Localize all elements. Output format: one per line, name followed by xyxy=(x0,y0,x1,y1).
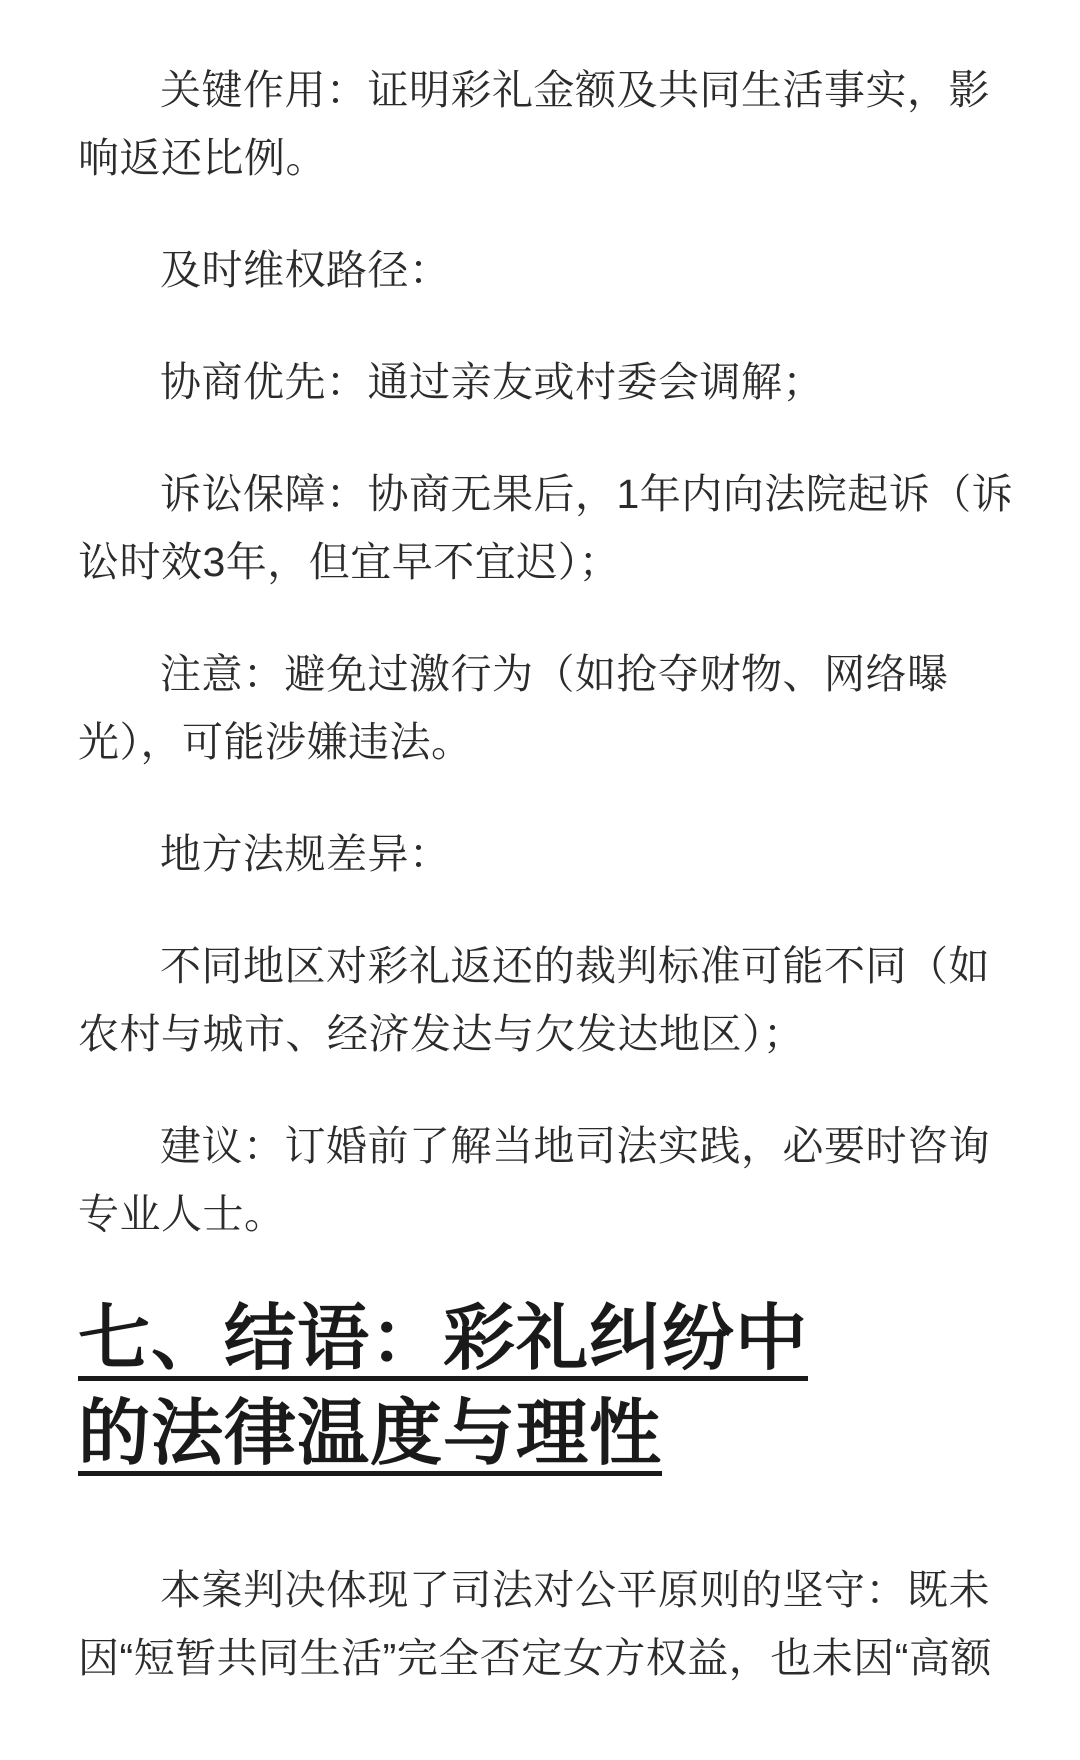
paragraph-line: 本案判决体现了司法对公平原则的坚守：既未 xyxy=(78,1556,1040,1624)
paragraph-line: 地方法规差异： xyxy=(78,820,1040,888)
paragraph-regional-difference: 不同地区对彩礼返还的裁判标准可能不同（如 农村与城市、经济发达与欠发达地区）； xyxy=(78,932,1040,1068)
paragraph-line: 专业人士。 xyxy=(78,1180,1040,1248)
section-heading-line: 的法律温度与理性 xyxy=(78,1387,1040,1482)
paragraph-line: 讼时效3年，但宜早不宜迟）； xyxy=(78,528,1040,596)
paragraph-key-role: 关键作用：证明彩礼金额及共同生活事实，影 响返还比例。 xyxy=(78,56,1040,192)
paragraph-negotiation: 协商优先：通过亲友或村委会调解； xyxy=(78,348,1040,416)
paragraph-line: 不同地区对彩礼返还的裁判标准可能不同（如 xyxy=(78,932,1040,1000)
paragraph-line: 建议：订婚前了解当地司法实践，必要时咨询 xyxy=(78,1112,1040,1180)
paragraph-caution: 注意：避免过激行为（如抢夺财物、网络曝 光），可能涉嫌违法。 xyxy=(78,640,1040,776)
article-body: 关键作用：证明彩礼金额及共同生活事实，影 响返还比例。 及时维权路径： 协商优先… xyxy=(0,0,1080,1692)
paragraph-line: 关键作用：证明彩礼金额及共同生活事实，影 xyxy=(78,56,1040,124)
section-heading-line: 七、结语：彩礼纠纷中 xyxy=(78,1292,1040,1387)
paragraph-line: 及时维权路径： xyxy=(78,236,1040,304)
paragraph-line: 因“短暂共同生活”完全否定女方权益，也未因“高额 xyxy=(78,1624,1040,1692)
paragraph-line: 响返还比例。 xyxy=(78,124,1040,192)
paragraph-line: 协商优先：通过亲友或村委会调解； xyxy=(78,348,1040,416)
paragraph-advice: 建议：订婚前了解当地司法实践，必要时咨询 专业人士。 xyxy=(78,1112,1040,1248)
section-heading: 七、结语：彩礼纠纷中 的法律温度与理性 xyxy=(78,1292,1040,1482)
section-heading-text: 七、结语：彩礼纠纷中 xyxy=(78,1299,808,1379)
section-heading-text: 的法律温度与理性 xyxy=(78,1394,662,1474)
paragraph-conclusion: 本案判决体现了司法对公平原则的坚守：既未 因“短暂共同生活”完全否定女方权益，也… xyxy=(78,1556,1040,1692)
paragraph-line: 农村与城市、经济发达与欠发达地区）； xyxy=(78,1000,1040,1068)
paragraph-rights-path: 及时维权路径： xyxy=(78,236,1040,304)
paragraph-line: 光），可能涉嫌违法。 xyxy=(78,708,1040,776)
paragraph-local-regulations: 地方法规差异： xyxy=(78,820,1040,888)
paragraph-line: 诉讼保障：协商无果后，1年内向法院起诉（诉 xyxy=(78,460,1040,528)
paragraph-line: 注意：避免过激行为（如抢夺财物、网络曝 xyxy=(78,640,1040,708)
article-page: 关键作用：证明彩礼金额及共同生活事实，影 响返还比例。 及时维权路径： 协商优先… xyxy=(0,0,1080,1760)
paragraph-litigation: 诉讼保障：协商无果后，1年内向法院起诉（诉 讼时效3年，但宜早不宜迟）； xyxy=(78,460,1040,596)
